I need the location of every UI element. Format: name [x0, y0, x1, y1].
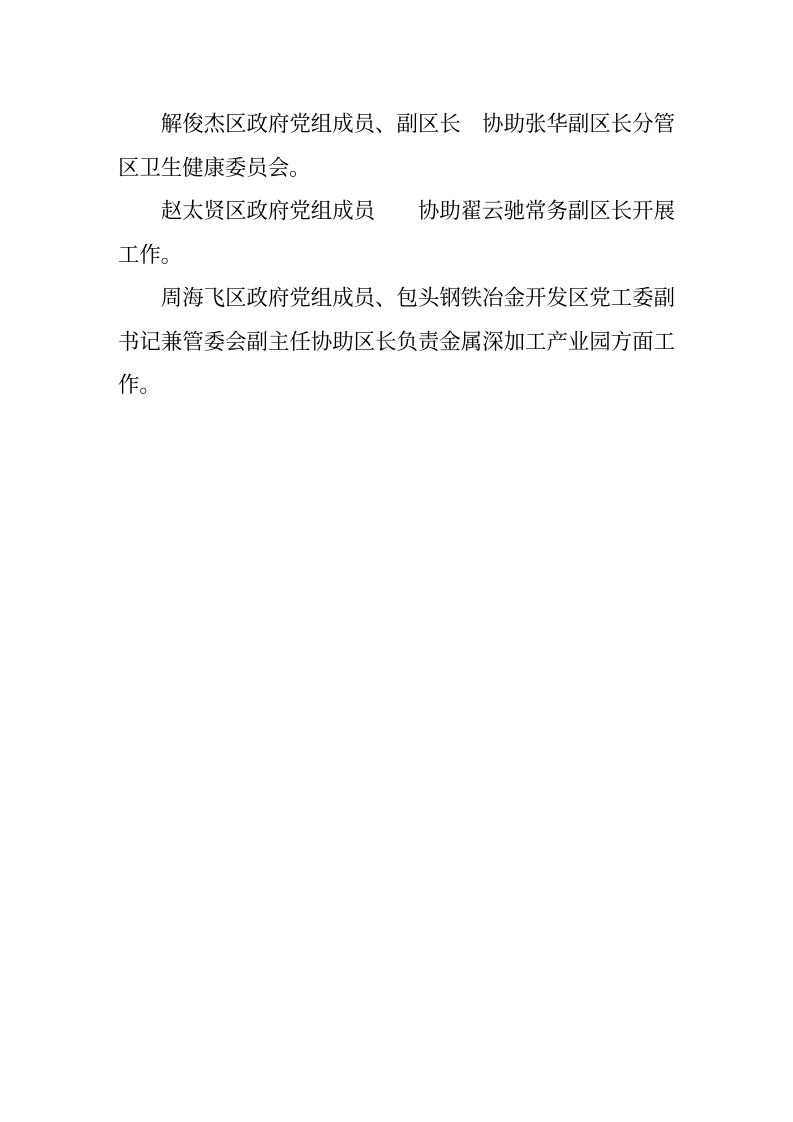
paragraph-official-duty-1: 解俊杰区政府党组成员、副区长 协助张华副区长分管区卫生健康委员会。 [118, 103, 675, 190]
document-page: 解俊杰区政府党组成员、副区长 协助张华副区长分管区卫生健康委员会。 赵太贤区政府… [0, 0, 793, 1122]
paragraph-official-duty-2: 赵太贤区政府党组成员 协助翟云驰常务副区长开展工作。 [118, 190, 675, 277]
paragraph-official-duty-3: 周海飞区政府党组成员、包头钢铁冶金开发区党工委副书记兼管委会副主任协助区长负责金… [118, 277, 675, 408]
document-content: 解俊杰区政府党组成员、副区长 协助张华副区长分管区卫生健康委员会。 赵太贤区政府… [118, 103, 675, 408]
